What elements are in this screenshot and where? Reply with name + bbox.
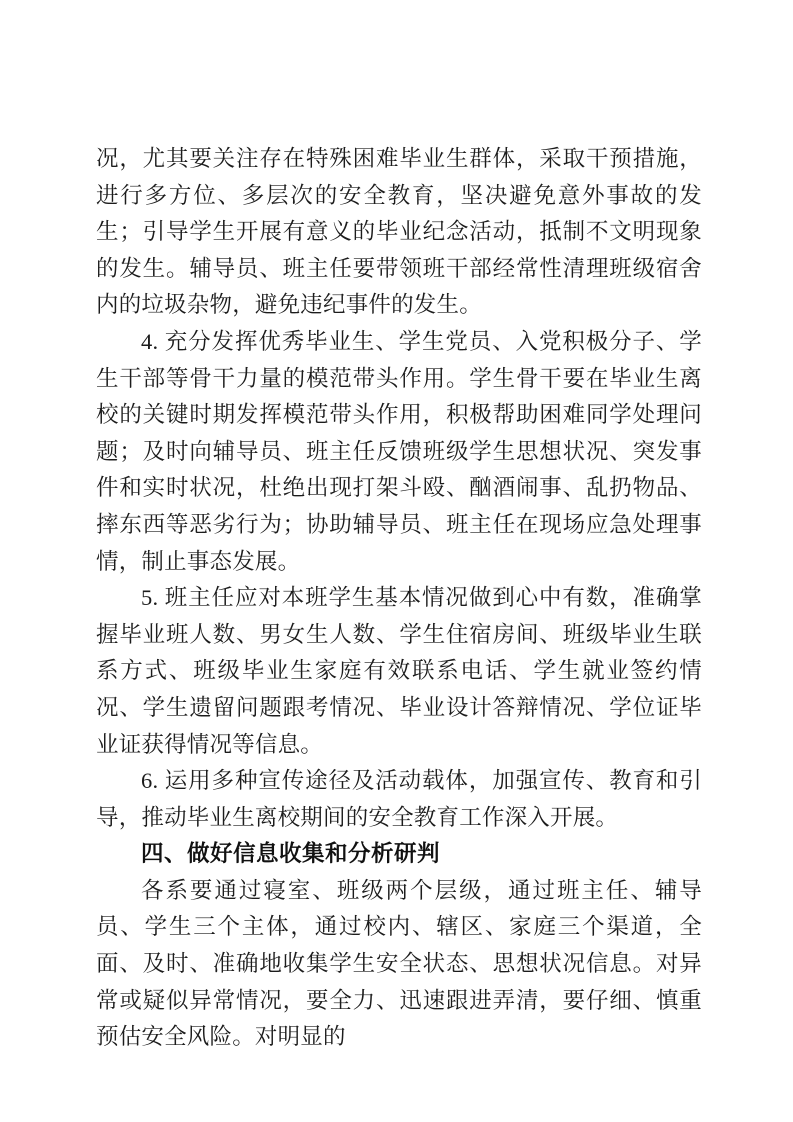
paragraph-item-4: 4. 充分发挥优秀毕业生、学生党员、入党积极分子、学生干部等骨干力量的模范带头作… [96, 324, 702, 580]
document-text-block: 况，尤其要关注存在特殊困难毕业生群体，采取干预措施，进行多方位、多层次的安全教育… [96, 141, 702, 1056]
paragraph-item-6: 6. 运用多种宣传途径及活动载体，加强宣传、教育和引导，推动毕业生离校期间的安全… [96, 763, 702, 836]
paragraph-body: 各系要通过寝室、班级两个层级，通过班主任、辅导员、学生三个主体，通过校内、辖区、… [96, 873, 702, 1056]
document-page: 况，尤其要关注存在特殊困难毕业生群体，采取干预措施，进行多方位、多层次的安全教育… [0, 0, 793, 1122]
paragraph-continuation: 况，尤其要关注存在特殊困难毕业生群体，采取干预措施，进行多方位、多层次的安全教育… [96, 141, 702, 324]
section-heading-4: 四、做好信息收集和分析研判 [96, 836, 702, 873]
paragraph-item-5: 5. 班主任应对本班学生基本情况做到心中有数，准确掌握毕业班人数、男女生人数、学… [96, 580, 702, 763]
